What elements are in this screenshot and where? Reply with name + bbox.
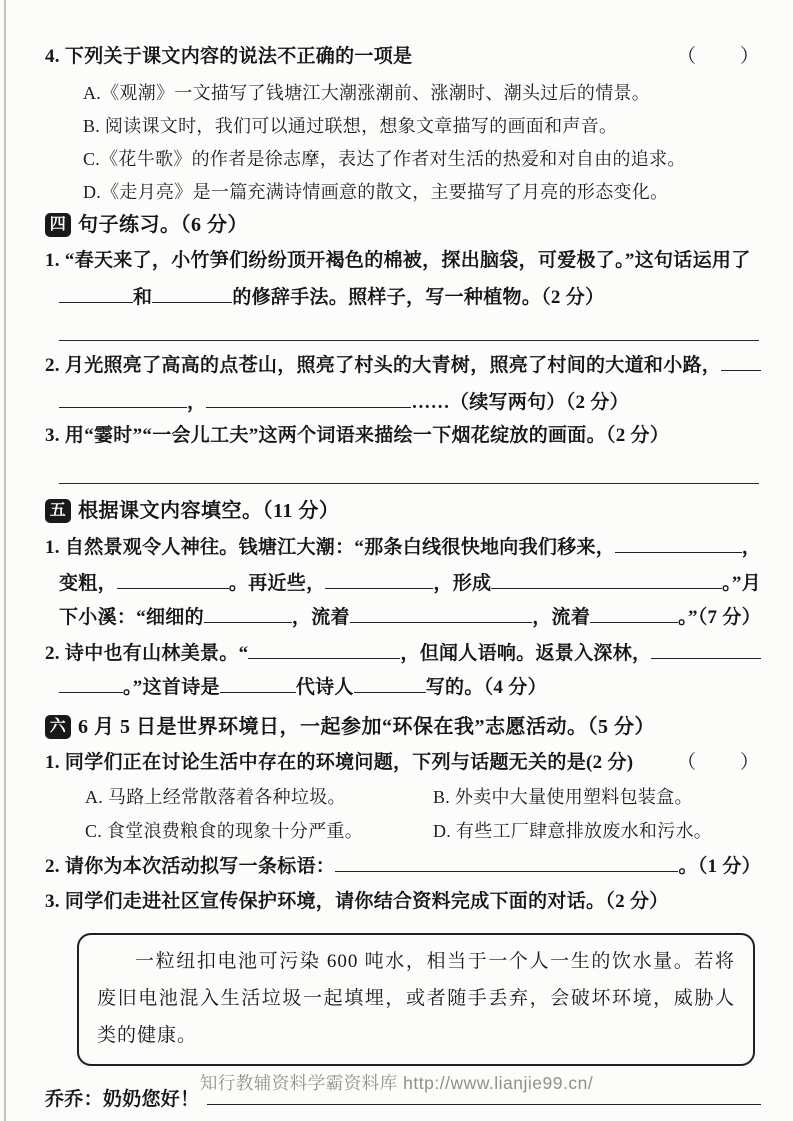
sec6-q1-option-a: A. 马路上经常散落着各种垃圾。 xyxy=(85,786,433,808)
sec4-q1-text2: 的修辞手法。照样子，写一种植物。（2 分） xyxy=(232,286,604,310)
fill-blank xyxy=(491,575,722,589)
section-4-header: 四 句子练习。（6 分） xyxy=(45,212,761,238)
sec4-q1-line1: 1. “春天来了，小竹笋们纷纷顶开褐色的棉被，探出脑袋，可爱极了。”这句话运用了 xyxy=(45,250,761,272)
answer-line xyxy=(59,320,759,341)
question-4-option-c: C.《花牛歌》的作者是徐志摩，表达了作者对生活的热爱和对自由的追求。 xyxy=(45,148,761,170)
section-5-badge: 五 xyxy=(45,499,71,523)
sec6-q3: 3. 同学们走进社区宣传保护环境，请你结合资料完成下面的对话。（2 分） xyxy=(45,891,761,913)
sec5-q2-text2: ，但闻人语响。返景入深林， xyxy=(400,642,651,666)
sec6-q2-text2: 。（1 分） xyxy=(678,855,761,879)
fill-blank xyxy=(335,858,678,872)
exam-content: 4. 下列关于课文内容的说法不正确的一项是 （ ） A.《观潮》一文描写了钱塘江… xyxy=(45,46,761,1112)
fill-blank xyxy=(59,289,133,303)
fill-blank xyxy=(615,539,742,553)
sec5-q2-line1: 2. 诗中也有山林美景。“ ，但闻人语响。返景入深林， xyxy=(45,642,761,666)
sec5-q1-text8: ，流着 xyxy=(292,606,350,630)
sec4-q2-text2: ， xyxy=(187,391,206,415)
fill-blank xyxy=(248,645,400,659)
sec4-q3: 3. 用“霎时”“一会儿工夫”这两个词语来描绘一下烟花绽放的画面。（2 分） xyxy=(45,425,761,447)
sec6-q1-answer-brackets: （ ） xyxy=(677,752,761,774)
section-6-header: 六 6 月 5 日是世界环境日，一起参加“环保在我”志愿活动。（5 分） xyxy=(45,714,761,740)
section-5-title: 根据课文内容填空。（11 分） xyxy=(78,498,339,524)
exam-paper-page: 4. 下列关于课文内容的说法不正确的一项是 （ ） A.《观潮》一文描写了钱塘江… xyxy=(0,0,793,1121)
fill-blank xyxy=(59,394,187,408)
sec5-q2-text5: 写的。（4 分） xyxy=(426,676,547,700)
fill-blank xyxy=(204,609,292,623)
sec6-q1-stem: 1. 同学们正在讨论生活中存在的环境问题，下列与话题无关的是(2 分) xyxy=(45,752,633,774)
sec5-q1-line1: 1. 自然景观令人神往。钱塘江大潮：“那条白线很快地向我们移来， ， xyxy=(45,536,761,560)
sec4-q2-text: 2. 月光照亮了高高的点苍山，照亮了村头的大青树，照亮了村间的大道和小路， xyxy=(45,355,721,377)
sec4-q1-line2: 和 的修辞手法。照样子，写一种植物。（2 分） xyxy=(45,286,761,310)
section-4-title: 句子练习。（6 分） xyxy=(78,212,248,238)
sec5-q2-line2: 。”这首诗是 代诗人 写的。（4 分） xyxy=(45,676,761,700)
sec5-q1-text10: 。”（7 分） xyxy=(678,606,761,630)
fill-blank xyxy=(325,575,433,589)
sec6-q2: 2. 请你为本次活动拟写一条标语： 。（1 分） xyxy=(45,855,761,879)
sec5-q1-line2: 变粗， 。再近些， ，形成 。”月 xyxy=(45,572,761,596)
question-4-option-d: D.《走月亮》是一篇充满诗情画意的散文，主要描写了月亮的形态变化。 xyxy=(45,181,761,203)
fill-blank xyxy=(206,394,411,408)
sec5-q2-text3: 。”这首诗是 xyxy=(123,676,220,700)
fill-blank xyxy=(350,609,532,623)
sec4-q2-text3: ……（续写两句）（2 分） xyxy=(411,391,629,415)
sec6-q1: 1. 同学们正在讨论生活中存在的环境问题，下列与话题无关的是(2 分) （ ） xyxy=(45,752,761,774)
section-5-header: 五 根据课文内容填空。（11 分） xyxy=(45,498,761,524)
footer-credit: 知行教辅资料学霸资料库 http://www.lianjie99.cn/ xyxy=(0,1070,793,1095)
sec5-q2-text: 2. 诗中也有山林美景。“ xyxy=(45,642,248,666)
sec6-q1-option-c: C. 食堂浪费粮食的现象十分严重。 xyxy=(85,820,433,842)
sec5-q1-text9: ，流着 xyxy=(532,606,590,630)
sec5-q1-text: 1. 自然景观令人神往。钱塘江大潮：“那条白线很快地向我们移来， xyxy=(45,536,615,560)
sec5-q1-text3: 变粗， xyxy=(59,572,117,596)
sec6-q2-text: 2. 请你为本次活动拟写一条标语： xyxy=(45,855,335,879)
sec6-q1-option-d: D. 有些工厂肆意排放废水和污水。 xyxy=(433,820,712,842)
section-6-title: 6 月 5 日是世界环境日，一起参加“环保在我”志愿活动。（5 分） xyxy=(78,714,655,740)
fill-blank xyxy=(354,679,426,693)
fill-blank xyxy=(651,645,761,659)
question-4-answer-brackets: （ ） xyxy=(677,46,761,68)
sec4-q1-text: 和 xyxy=(133,286,152,310)
sec5-q1-text4: 。再近些， xyxy=(229,572,326,596)
sec5-q1-text5: ，形成 xyxy=(433,572,491,596)
sec6-q1-option-b: B. 外卖中大量使用塑料包装盒。 xyxy=(433,786,693,808)
fill-blank xyxy=(220,679,296,693)
section-4-badge: 四 xyxy=(45,213,71,237)
sec5-q1-line3: 下小溪：“细细的 ，流着 ，流着 。”（7 分） xyxy=(45,606,761,630)
scan-edge-line xyxy=(4,0,6,1121)
question-4-option-b: B. 阅读课文时，我们可以通过联想，想象文章描写的画面和声音。 xyxy=(45,115,761,137)
question-4-option-a: A.《观潮》一文描写了钱塘江大潮涨潮前、涨潮时、潮头过后的情景。 xyxy=(45,82,761,104)
sec5-q1-text7: 下小溪：“细细的 xyxy=(59,606,204,630)
answer-line xyxy=(59,461,759,484)
sec4-q2-line2: ， ……（续写两句）（2 分） xyxy=(45,391,761,415)
fill-blank xyxy=(152,289,232,303)
section-6-badge: 六 xyxy=(45,715,71,739)
fill-blank xyxy=(721,357,761,371)
sec5-q2-text4: 代诗人 xyxy=(296,676,354,700)
question-4: 4. 下列关于课文内容的说法不正确的一项是 （ ） xyxy=(45,46,761,68)
battery-info-box: 一粒纽扣电池可污染 600 吨水，相当于一个人一生的饮水量。若将废旧电池混入生活… xyxy=(77,933,755,1066)
sec5-q1-text6: 。”月 xyxy=(722,572,761,596)
fill-blank xyxy=(117,575,229,589)
sec4-q2-line1: 2. 月光照亮了高高的点苍山，照亮了村头的大青树，照亮了村间的大道和小路， xyxy=(45,355,761,377)
sec6-q1-options-row2: C. 食堂浪费粮食的现象十分严重。 D. 有些工厂肆意排放废水和污水。 xyxy=(45,820,761,842)
fill-blank xyxy=(59,679,123,693)
sec6-q1-options-row1: A. 马路上经常散落着各种垃圾。 B. 外卖中大量使用塑料包装盒。 xyxy=(45,786,761,808)
question-4-stem: 4. 下列关于课文内容的说法不正确的一项是 xyxy=(45,46,412,68)
sec5-q1-text2: ， xyxy=(742,536,761,560)
fill-blank xyxy=(590,609,678,623)
